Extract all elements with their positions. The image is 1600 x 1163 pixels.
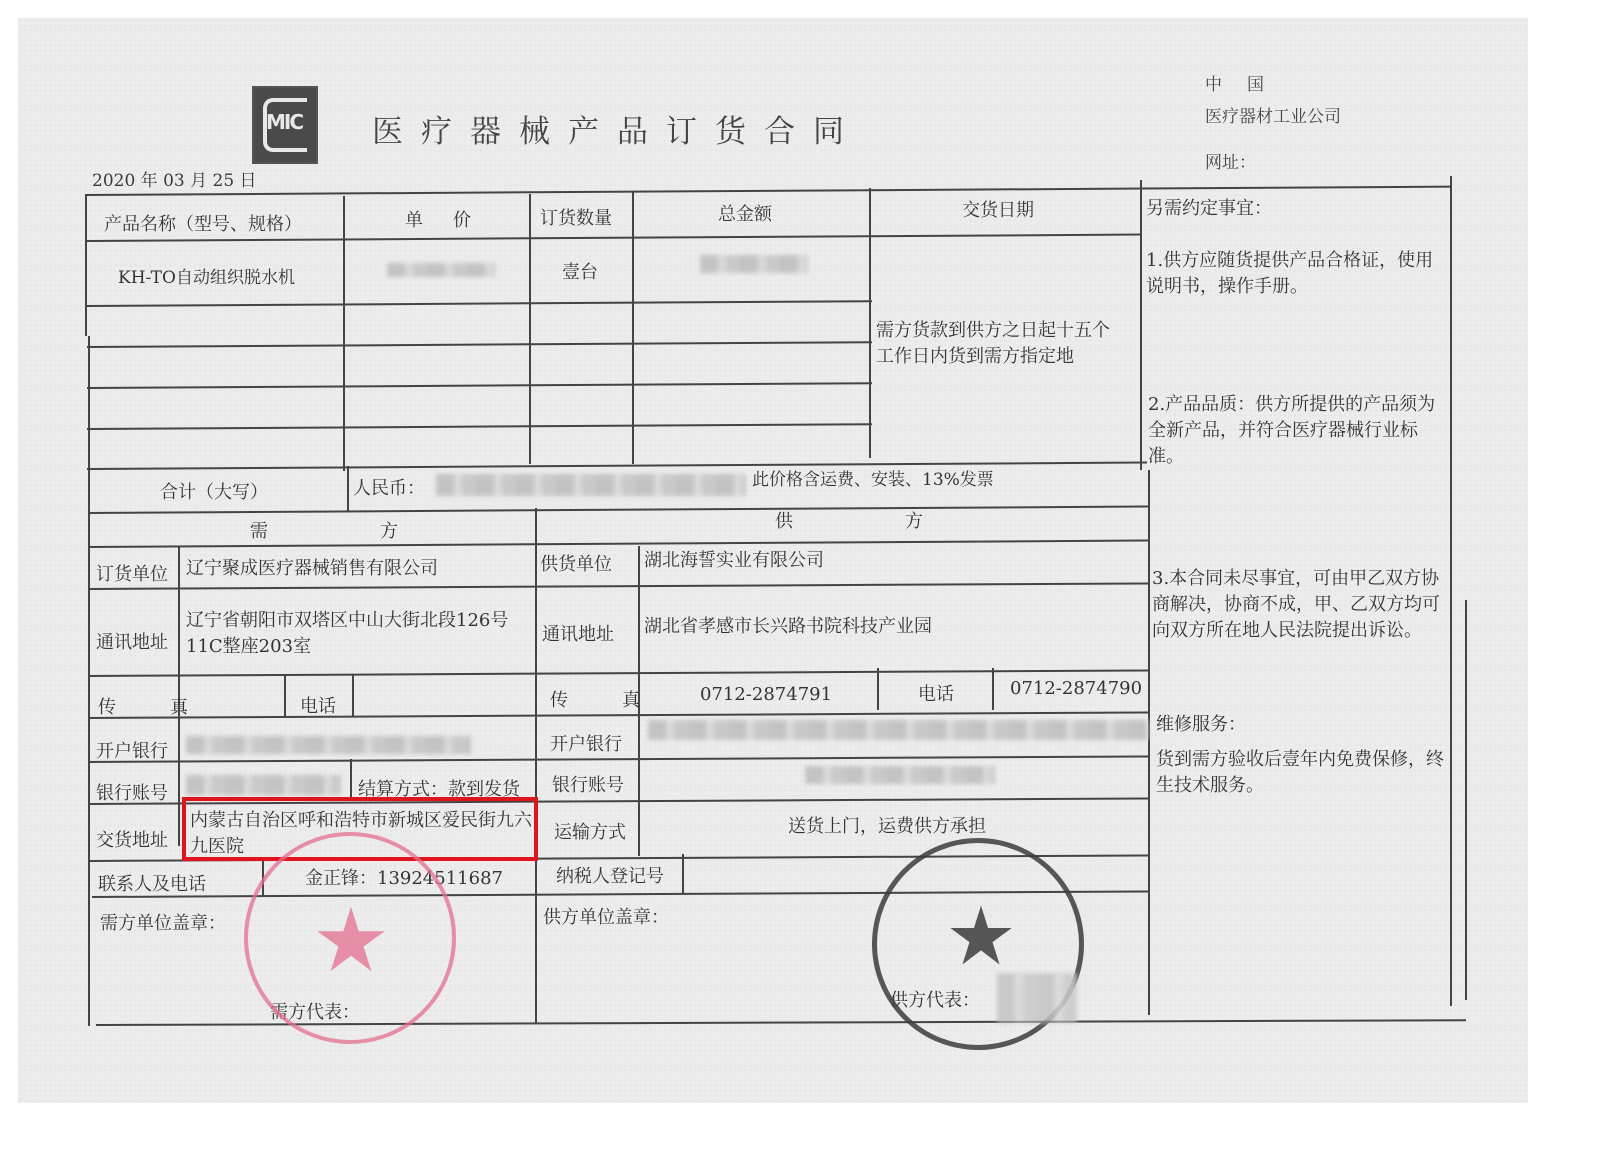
org-website-label: 网址： xyxy=(1205,148,1256,173)
mic-logo-icon: MIC xyxy=(252,86,318,164)
supplier-bank-label: 开户银行 xyxy=(550,730,622,756)
buyer-account-label: 银行账号 xyxy=(96,779,168,805)
supplier-fax-label: 传 真 xyxy=(550,686,646,712)
supplier-address: 湖北省孝感市长兴路书院科技产业园 xyxy=(644,612,932,638)
unit-price-redacted xyxy=(387,263,495,277)
org-country: 中 国 xyxy=(1205,70,1268,95)
term-3: 3.本合同未尽事宜，可由甲乙双方协商解决，协商不成，甲、乙双方均可向双方所在地人… xyxy=(1152,566,1457,644)
header-delivery-date: 交货日期 xyxy=(962,196,1034,222)
document-title: 医疗器械产品订货合同 xyxy=(372,106,862,151)
contact-label: 联系人及电话 xyxy=(98,870,206,896)
service-text: 货到需方验收后壹年内免费保修，终生技术服务。 xyxy=(1156,747,1456,799)
stamp-redacted xyxy=(997,973,1077,1023)
header-total: 总金额 xyxy=(718,200,772,226)
supplier-unit: 湖北海誓实业有限公司 xyxy=(644,546,824,572)
supplier-bank-redacted xyxy=(648,720,1148,740)
buyer-fax-label: 传 真 xyxy=(98,693,194,719)
stamp-star-icon xyxy=(949,905,1013,967)
term-1: 1.供方应随货提供产品合格证，使用说明书，操作手册。 xyxy=(1146,248,1451,300)
total-label: 合计（大写） xyxy=(160,478,268,504)
header-quantity: 订货数量 xyxy=(540,204,612,230)
supplier-section-label: 供 方 xyxy=(775,507,931,533)
supplier-account-redacted xyxy=(805,766,995,784)
term-2: 2.产品品质：供方所提供的产品须为全新产品，并符合医疗器械行业标准。 xyxy=(1148,392,1453,470)
delivery-address-label: 交货地址 xyxy=(96,826,168,852)
buyer-bank-redacted xyxy=(186,736,471,754)
supplier-address-label: 通讯地址 xyxy=(542,620,614,646)
tax-id-label: 纳税人登记号 xyxy=(556,862,664,888)
buyer-unit-label: 订货单位 xyxy=(96,560,168,586)
transport-value: 送货上门，运费供方承担 xyxy=(788,812,986,838)
supplier-company-stamp xyxy=(872,838,1084,1050)
header-unit-price: 单 价 xyxy=(405,206,477,232)
rmb-label: 人民币： xyxy=(353,474,425,500)
buyer-seal-label: 需方单位盖章： xyxy=(100,909,226,935)
supplier-account-label: 银行账号 xyxy=(552,771,624,797)
buyer-address-label: 通讯地址 xyxy=(96,628,168,654)
product-name: KH-TO自动组织脱水机 xyxy=(118,263,295,288)
supplier-seal-label: 供方单位盖章： xyxy=(543,903,669,929)
org-name: 医疗器材工业公司 xyxy=(1205,102,1341,127)
buyer-section-label: 需 方 xyxy=(250,517,406,543)
header-product-name: 产品名称（型号、规格） xyxy=(104,210,302,236)
supplier-fax: 0712-2874791 xyxy=(700,684,832,705)
supplier-phone-label: 电话 xyxy=(918,680,954,706)
service-heading: 维修服务： xyxy=(1156,710,1246,736)
terms-heading: 另需约定事宜： xyxy=(1146,194,1272,220)
total-redacted xyxy=(700,255,808,273)
product-quantity: 壹台 xyxy=(562,258,598,284)
transport-label: 运输方式 xyxy=(554,818,626,844)
buyer-account-redacted xyxy=(186,775,341,795)
contract-date: 2020 年 03 月 25 日 xyxy=(92,166,257,191)
delivery-date-value: 需方货款到供方之日起十五个工作日内货到需方指定地 xyxy=(876,318,1126,370)
supplier-phone: 0712-2874790 xyxy=(1010,678,1142,699)
total-amount-redacted xyxy=(436,474,746,496)
stamp-star-icon xyxy=(316,906,386,974)
total-note: 此价格含运费、安装、13%发票 xyxy=(752,465,994,490)
buyer-unit: 辽宁聚成医疗器械销售有限公司 xyxy=(186,554,438,580)
buyer-company-stamp xyxy=(244,832,456,1044)
supplier-unit-label: 供货单位 xyxy=(540,550,612,576)
buyer-bank-label: 开户银行 xyxy=(96,737,168,763)
buyer-phone-label: 电话 xyxy=(300,692,336,718)
buyer-address: 辽宁省朝阳市双塔区中山大街北段126号11C整座203室 xyxy=(186,608,526,660)
